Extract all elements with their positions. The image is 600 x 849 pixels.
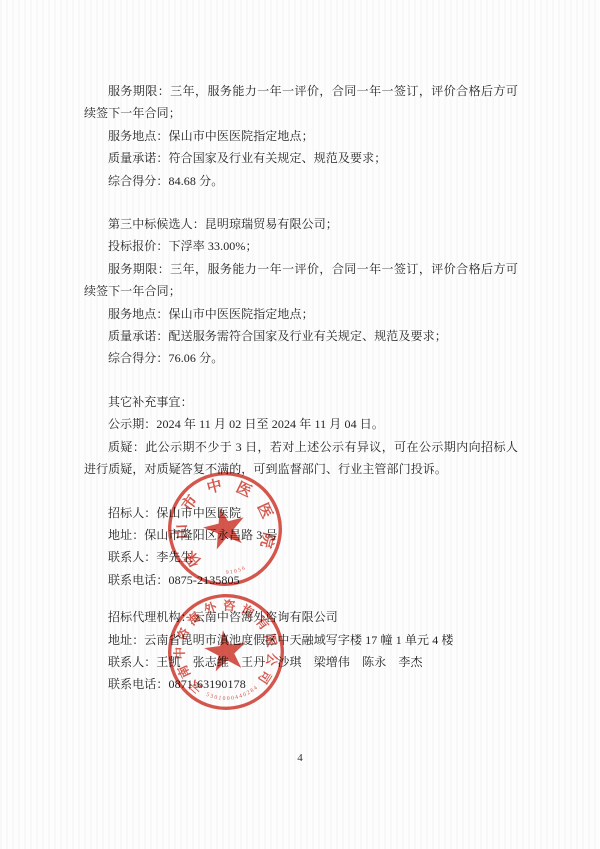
tenderer-address: 地址：保山市隆阳区永昌路 3 号 bbox=[84, 524, 518, 546]
service-location-text: 服务地点：保山市中医医院指定地点； bbox=[84, 303, 518, 325]
bid-price-text: 投标报价：下浮率 33.00%； bbox=[84, 235, 518, 257]
svg-text:1: 1 bbox=[218, 695, 222, 701]
service-period-text: 服务期限：三年，服务能力一年一评价，合同一年一签订，评价合格后方可续签下一年合同… bbox=[84, 80, 518, 125]
page-number: 4 bbox=[0, 752, 600, 764]
section-supplement: 其它补充事宜： 公示期：2024 年 11 月 02 日至 2024 年 11 … bbox=[84, 391, 518, 481]
service-period-text: 服务期限：三年，服务能力一年一评价，合同一年一签订，评价合格后方可续签下一年合同… bbox=[84, 258, 518, 303]
quality-commitment-text: 质量承诺：配送服务需符合国家及行业有关规定、规范及要求； bbox=[84, 325, 518, 347]
agency-phone: 联系电话：0871-63190178 bbox=[84, 673, 518, 695]
svg-text:0: 0 bbox=[222, 696, 225, 702]
svg-text:0: 0 bbox=[231, 695, 235, 701]
document-body: 服务期限：三年，服务能力一年一评价，合同一年一签订，评价合格后方可续签下一年合同… bbox=[84, 80, 518, 696]
publicity-period-text: 公示期：2024 年 11 月 02 日至 2024 年 11 月 04 日。 bbox=[84, 413, 518, 435]
document-page: 服务期限：三年，服务能力一年一评价，合同一年一签订，评价合格后方可续签下一年合同… bbox=[0, 0, 600, 849]
svg-text:0: 0 bbox=[227, 696, 230, 702]
quality-commitment-text: 质量承诺：符合国家及行业有关规定、规范及要求； bbox=[84, 147, 518, 169]
tenderer-contact: 联系人：李先生 bbox=[84, 546, 518, 568]
section-agency: 招标代理机构：云南中咨海外咨询有限公司 地址：云南省昆明市滇池度假区中天融域写字… bbox=[84, 606, 518, 696]
overall-score-text: 综合得分：76.06 分。 bbox=[84, 347, 518, 369]
supplement-heading: 其它补充事宜： bbox=[84, 391, 518, 413]
tenderer-name: 招标人：保山市中医医院 bbox=[84, 502, 518, 524]
candidate3-title: 第三中标候选人：昆明琼瑞贸易有限公司； bbox=[84, 213, 518, 235]
agency-address: 地址：云南省昆明市滇池度假区中天融域写字楼 17 幢 1 单元 4 楼 bbox=[84, 629, 518, 651]
section-tenderer: 招标人：保山市中医医院 地址：保山市隆阳区永昌路 3 号 联系人：李先生 联系电… bbox=[84, 502, 518, 592]
service-location-text: 服务地点：保山市中医医院指定地点； bbox=[84, 125, 518, 147]
section-candidate3: 第三中标候选人：昆明琼瑞贸易有限公司； 投标报价：下浮率 33.00%； 服务期… bbox=[84, 213, 518, 370]
overall-score-text: 综合得分：84.68 分。 bbox=[84, 170, 518, 192]
objection-text: 质疑：此公示期不少于 3 日，若对上述公示有异议，可在公示期内向招标人进行质疑，… bbox=[84, 436, 518, 481]
agency-contacts: 联系人：王凯 张志维 王丹 沙琪 梁增伟 陈永 李杰 bbox=[84, 651, 518, 673]
section-candidate2-tail: 服务期限：三年，服务能力一年一评价，合同一年一签订，评价合格后方可续签下一年合同… bbox=[84, 80, 518, 192]
tenderer-phone: 联系电话：0875-2135805 bbox=[84, 569, 518, 591]
agency-name: 招标代理机构：云南中咨海外咨询有限公司 bbox=[84, 606, 518, 628]
